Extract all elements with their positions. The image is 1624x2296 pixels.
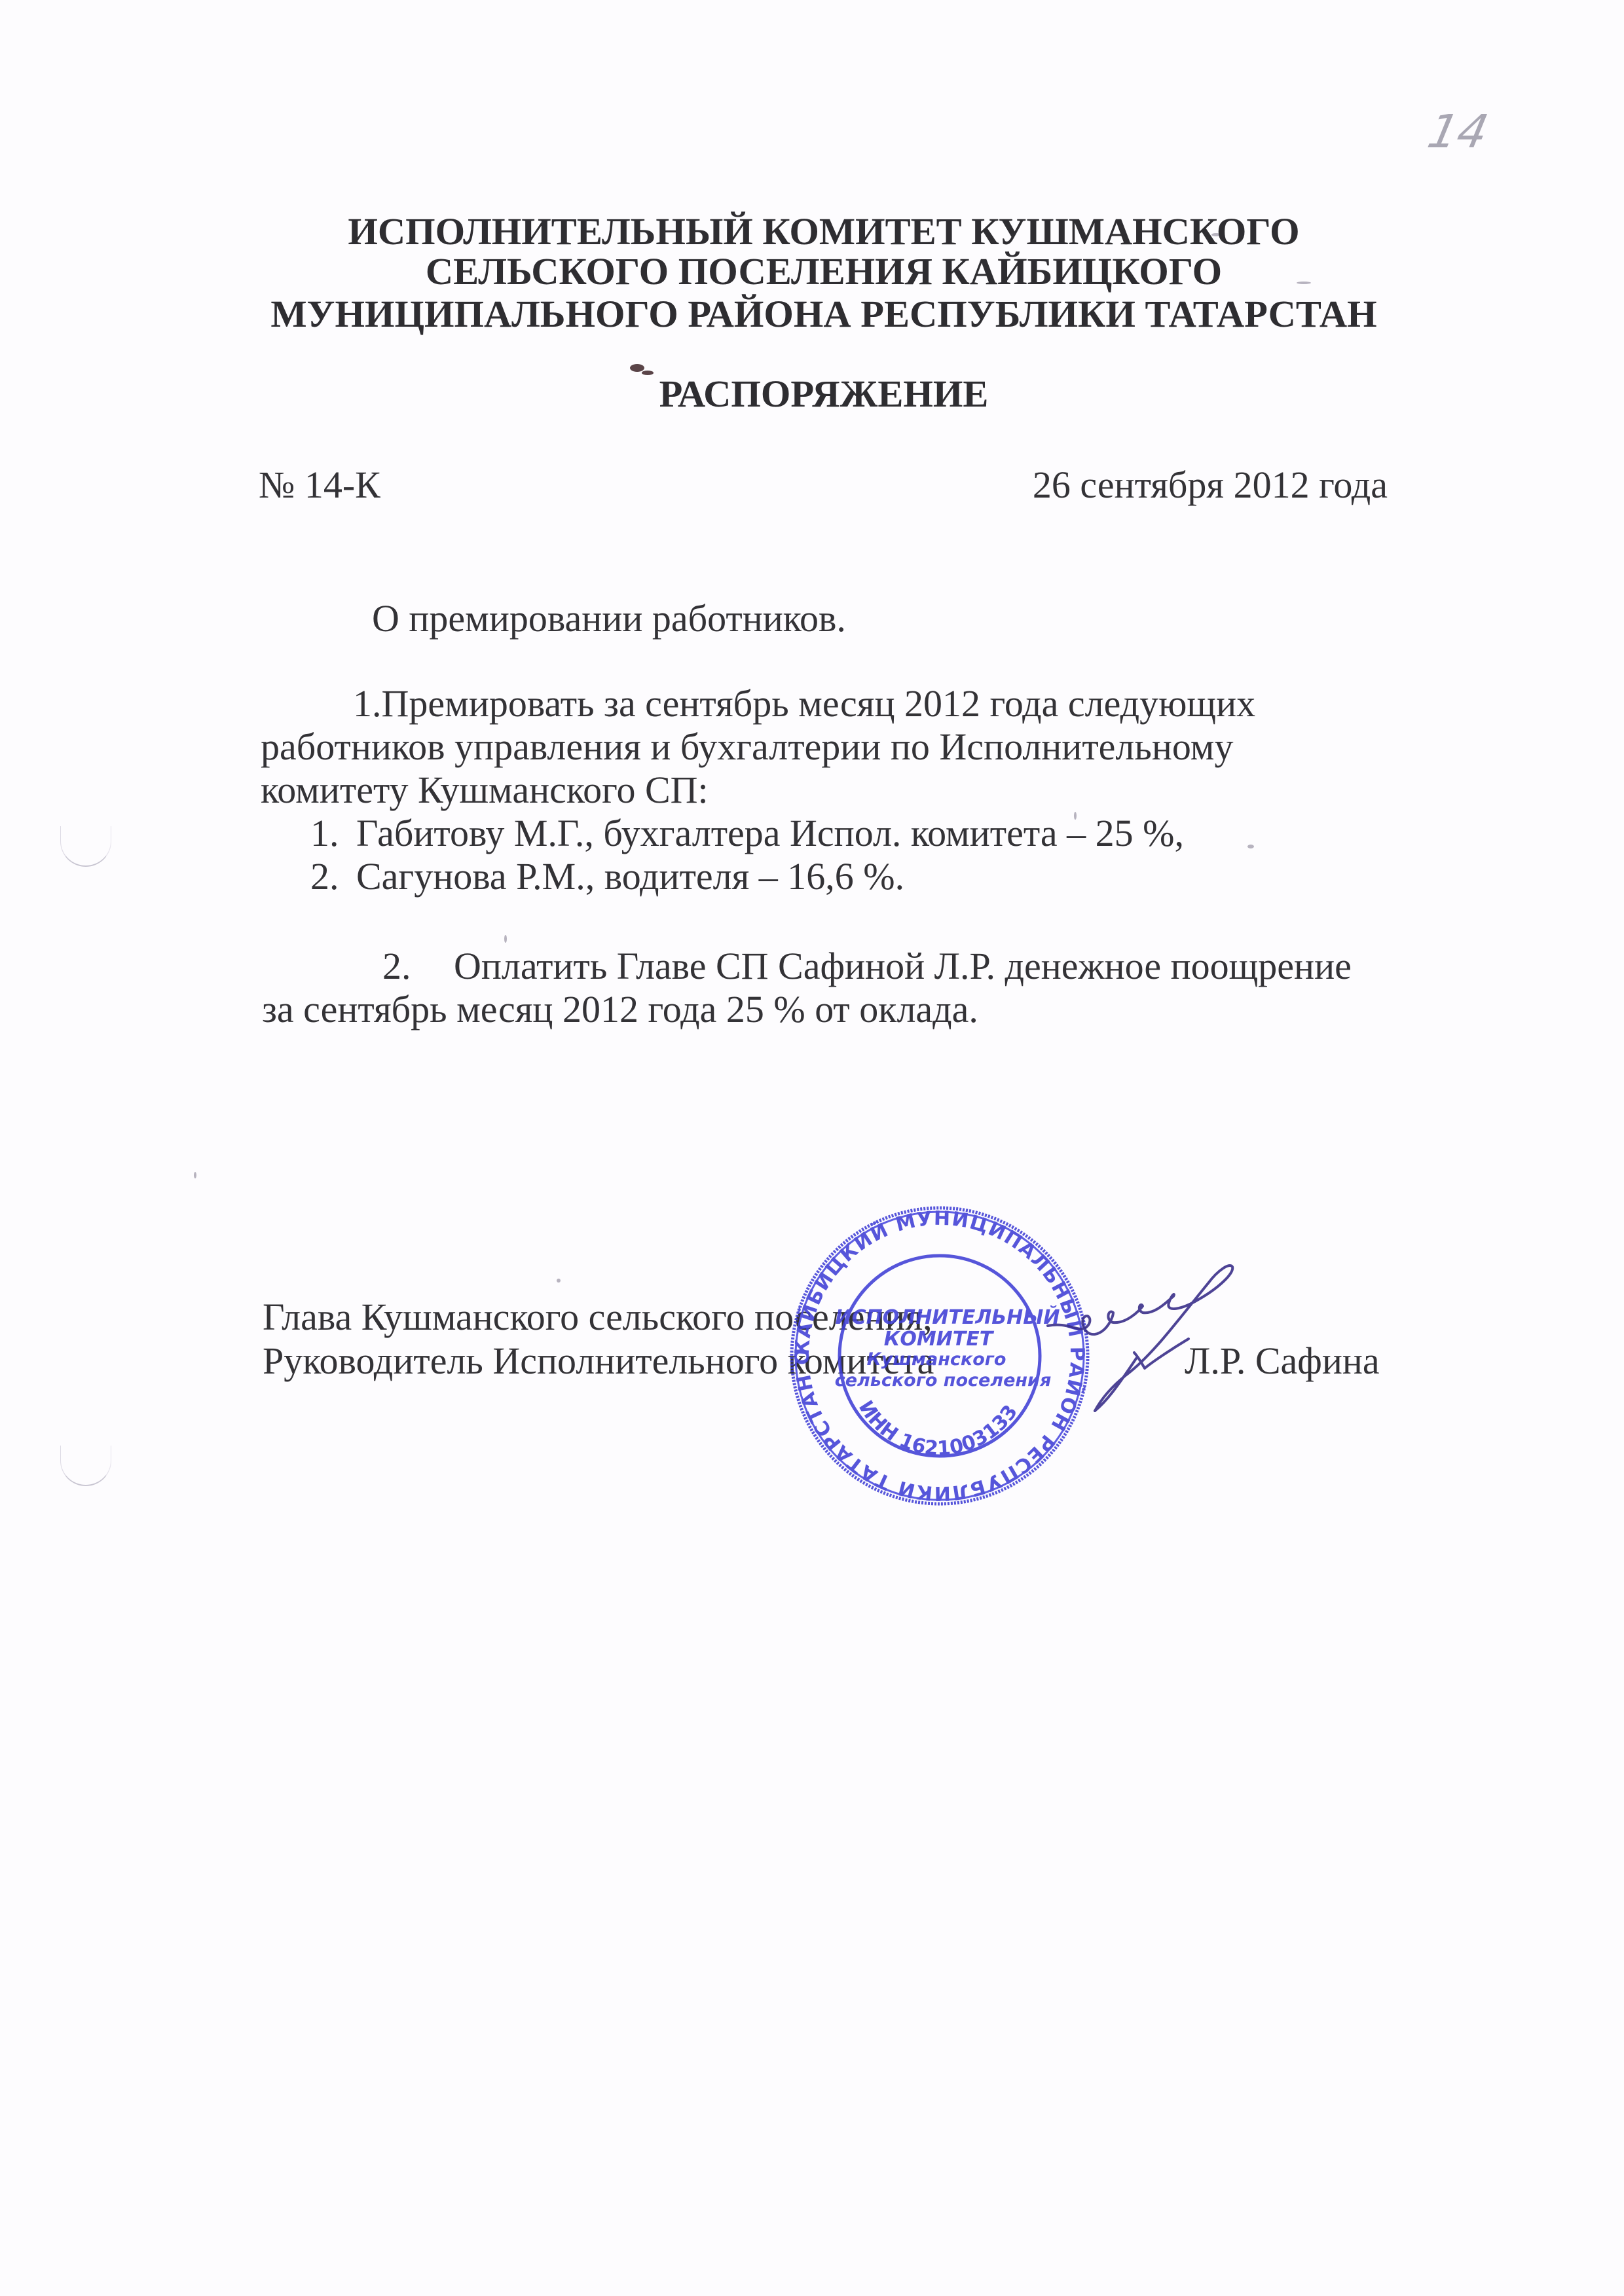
org-name-line-2: СЕЛЬСКОГО ПОСЕЛЕНИЯ КАЙБИЦКОГО (0, 249, 1624, 293)
signer-position-line-2: Руководитель Исполнительного комитета (263, 1342, 934, 1380)
signer-position-line-1: Глава Кушманского сельского поселения, (263, 1298, 932, 1336)
list-item-text: Сагунова Р.М., водителя – 16,6 %. (356, 858, 904, 896)
order-subject: О премировании работников. (372, 600, 846, 638)
official-stamp: КАЙБИЦКИЙ МУНИЦИПАЛЬНЫЙ РАЙОН РЕСПУБЛИКИ… (0, 0, 1624, 2296)
ink-smudge (630, 364, 644, 372)
paragraph-2-number: 2. (382, 947, 411, 985)
handwritten-page-number: 14 (1423, 105, 1493, 158)
scan-speck (1247, 845, 1254, 848)
paragraph-2-line-1: Оплатить Главе СП Сафиной Л.Р. денежное … (454, 947, 1352, 985)
scan-speck (504, 935, 507, 943)
scan-speck (194, 1172, 196, 1178)
list-item-number: 1. (310, 814, 339, 852)
punch-hole-mark (60, 1446, 111, 1486)
paragraph-1-line-2: работников управления и бухгалтерии по И… (261, 728, 1233, 766)
paragraph-1-line-1: 1.Премировать за сентябрь месяц 2012 год… (353, 685, 1255, 723)
document-type-title: РАСПОРЯЖЕНИЕ (0, 372, 1624, 416)
scan-speck (557, 1279, 561, 1283)
paragraph-2-line-2: за сентябрь месяц 2012 года 25 % от окла… (262, 991, 978, 1029)
paragraph-1-line-3: комитету Кушманского СП: (261, 771, 709, 809)
order-date: 26 сентября 2012 года (1033, 466, 1388, 504)
stamp-inner-text: ИНН 1621003133 (854, 1396, 1022, 1460)
signer-name: Л.Р. Сафина (1185, 1342, 1380, 1380)
org-name-line-3: МУНИЦИПАЛЬНОГО РАЙОНА РЕСПУБЛИКИ ТАТАРСТ… (0, 292, 1624, 336)
handwritten-signature (1048, 1266, 1232, 1411)
list-item-text: Габитову М.Г., бухгалтера Испол. комитет… (356, 814, 1184, 852)
list-item-number: 2. (310, 858, 339, 896)
org-name-line-1: ИСПОЛНИТЕЛЬНЫЙ КОМИТЕТ КУШМАНСКОГО (0, 210, 1624, 253)
punch-hole-mark (60, 826, 111, 867)
order-number: № 14-К (259, 466, 380, 504)
